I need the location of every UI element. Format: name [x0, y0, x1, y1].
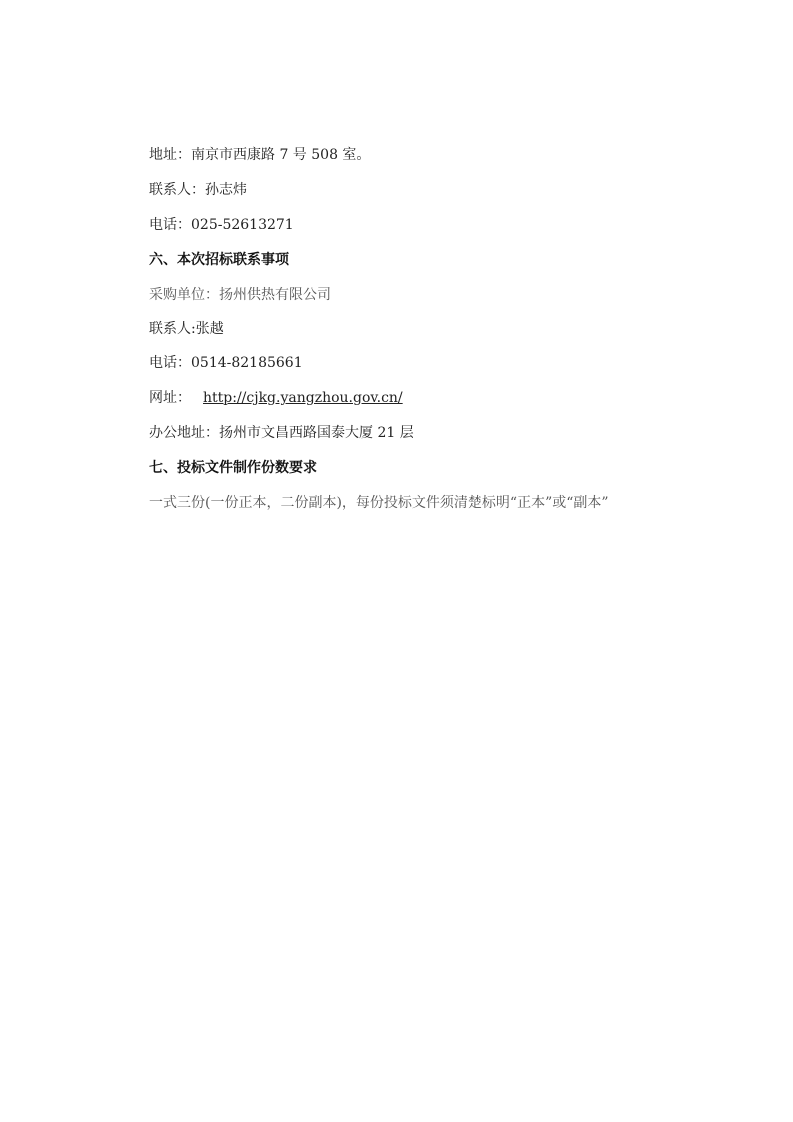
tender-phone-line: 电话：0514-82185661 [149, 354, 303, 372]
purchaser-line: 采购单位：扬州供热有限公司 [149, 286, 331, 304]
tender-contact-label: 联系人: [149, 321, 196, 337]
phone-label: 电话： [149, 217, 191, 233]
tender-phone-label: 电话： [149, 355, 191, 371]
tender-contact-value: 张越 [196, 321, 224, 337]
section-7-heading: 七、投标文件制作份数要求 [149, 459, 317, 477]
website-label: 网址： [149, 390, 191, 406]
website-link[interactable]: http://cjkg.yangzhou.gov.cn/ [203, 390, 403, 406]
contact-person-value: 孙志炜 [205, 182, 247, 198]
website-line: 网址：http://cjkg.yangzhou.gov.cn/ [149, 389, 403, 407]
document-page: 地址：南京市西康路 7 号 508 室。 联系人：孙志炜 电话：025-5261… [0, 0, 793, 1122]
tender-contact-line: 联系人:张越 [149, 320, 224, 338]
section-7-body: 一式三份(一份正本，二份副本)，每份投标文件须清楚标明“正本”或“副本” [149, 494, 609, 512]
contact-person-label: 联系人： [149, 182, 205, 198]
office-address-label: 办公地址： [149, 425, 219, 441]
section-6-heading: 六、本次招标联系事项 [149, 251, 289, 269]
purchaser-label: 采购单位： [149, 287, 219, 303]
tender-phone-value: 0514-82185661 [191, 355, 303, 371]
phone-value: 025-52613271 [191, 217, 294, 233]
address-label: 地址： [149, 147, 191, 163]
address-line: 地址：南京市西康路 7 号 508 室。 [149, 146, 370, 164]
contact-person-line: 联系人：孙志炜 [149, 181, 247, 199]
purchaser-value: 扬州供热有限公司 [219, 287, 331, 303]
office-address-value: 扬州市文昌西路国泰大厦 21 层 [219, 425, 414, 441]
address-value: 南京市西康路 7 号 508 室。 [191, 147, 370, 163]
office-address-line: 办公地址：扬州市文昌西路国泰大厦 21 层 [149, 424, 414, 442]
phone-line: 电话：025-52613271 [149, 216, 294, 234]
